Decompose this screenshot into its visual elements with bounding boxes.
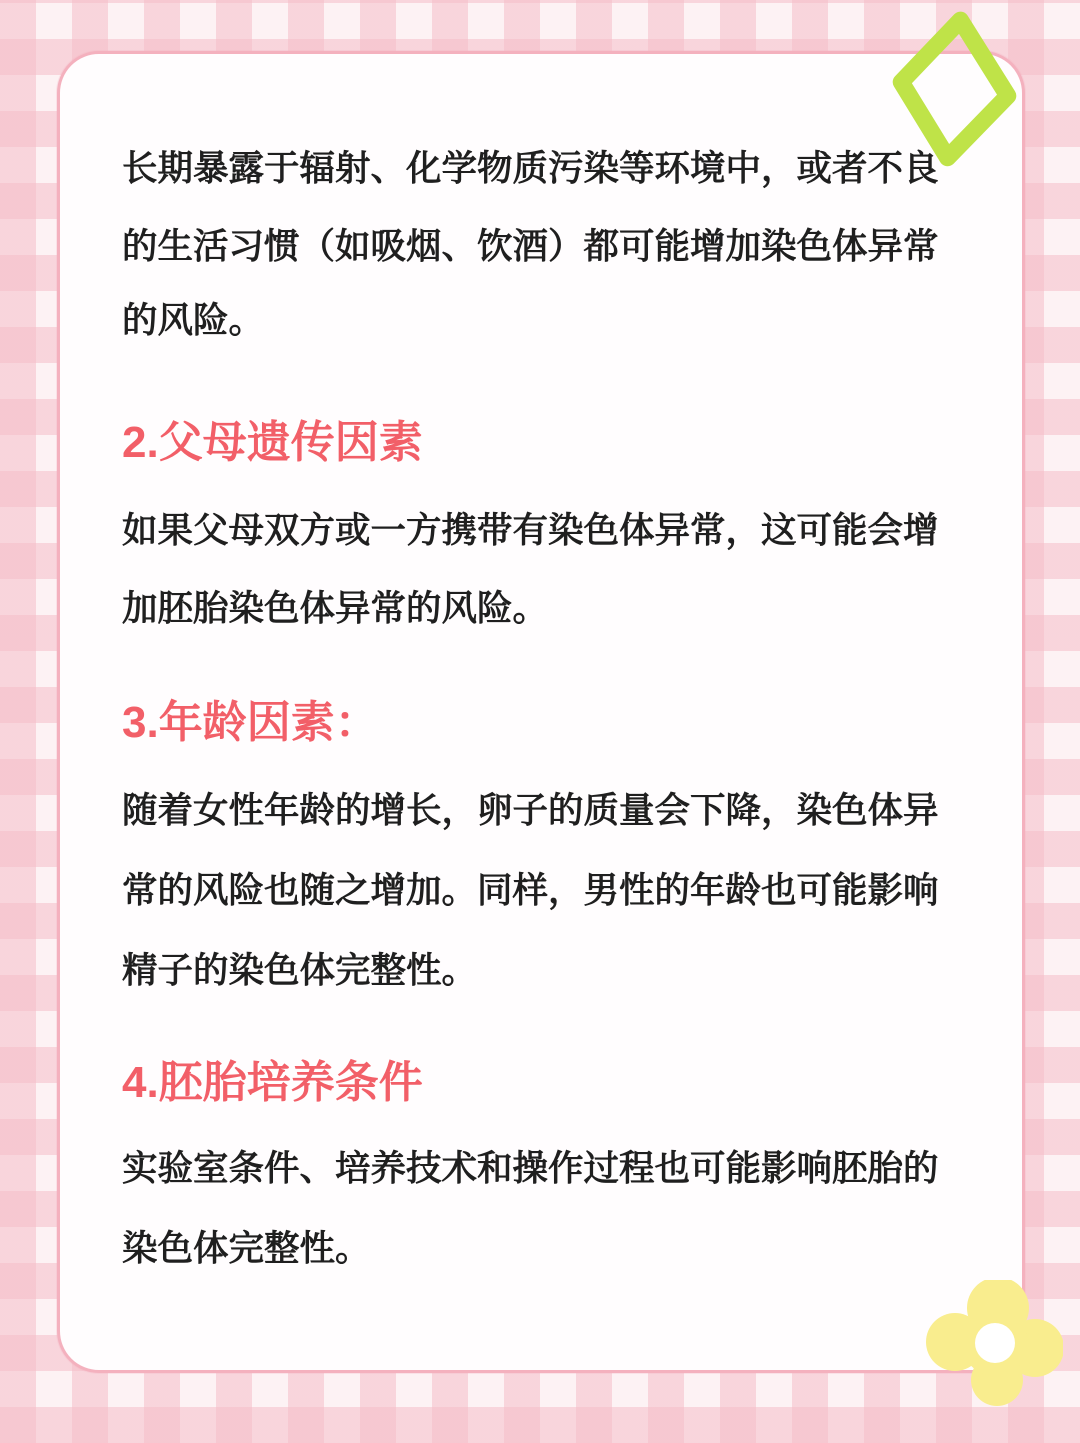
paragraph-line: 如果父母双方或一方携带有染色体异常，这可能会增 xyxy=(122,513,939,549)
infographic-page: 长期暴露于辐射、化学物质污染等环境中，或者不良 的生活习惯（如吸烟、饮酒）都可能… xyxy=(0,0,1080,1443)
paragraph-line: 精子的染色体完整性。 xyxy=(122,953,477,989)
paragraph-line: 的生活习惯（如吸烟、饮酒）都可能增加染色体异常 xyxy=(122,229,939,265)
paragraph-line: 实验室条件、培养技术和操作过程也可能影响胚胎的 xyxy=(122,1151,939,1187)
paragraph-line: 常的风险也随之增加。同样，男性的年龄也可能影响 xyxy=(122,873,939,909)
paragraph-line: 的风险。 xyxy=(122,303,264,339)
paragraph-line: 加胚胎染色体异常的风险。 xyxy=(122,591,548,627)
paragraph-line: 染色体完整性。 xyxy=(122,1231,371,1267)
paragraph-line: 随着女性年龄的增长，卵子的质量会下降，染色体异 xyxy=(122,793,939,829)
flower-icon xyxy=(925,1280,1063,1406)
paragraph-line: 长期暴露于辐射、化学物质污染等环境中，或者不良 xyxy=(122,151,939,187)
section-heading-age: 3.年龄因素： xyxy=(122,701,379,745)
section-heading-genetic: 2.父母遗传因素 xyxy=(122,421,423,465)
section-heading-culture: 4.胚胎培养条件 xyxy=(122,1061,423,1105)
